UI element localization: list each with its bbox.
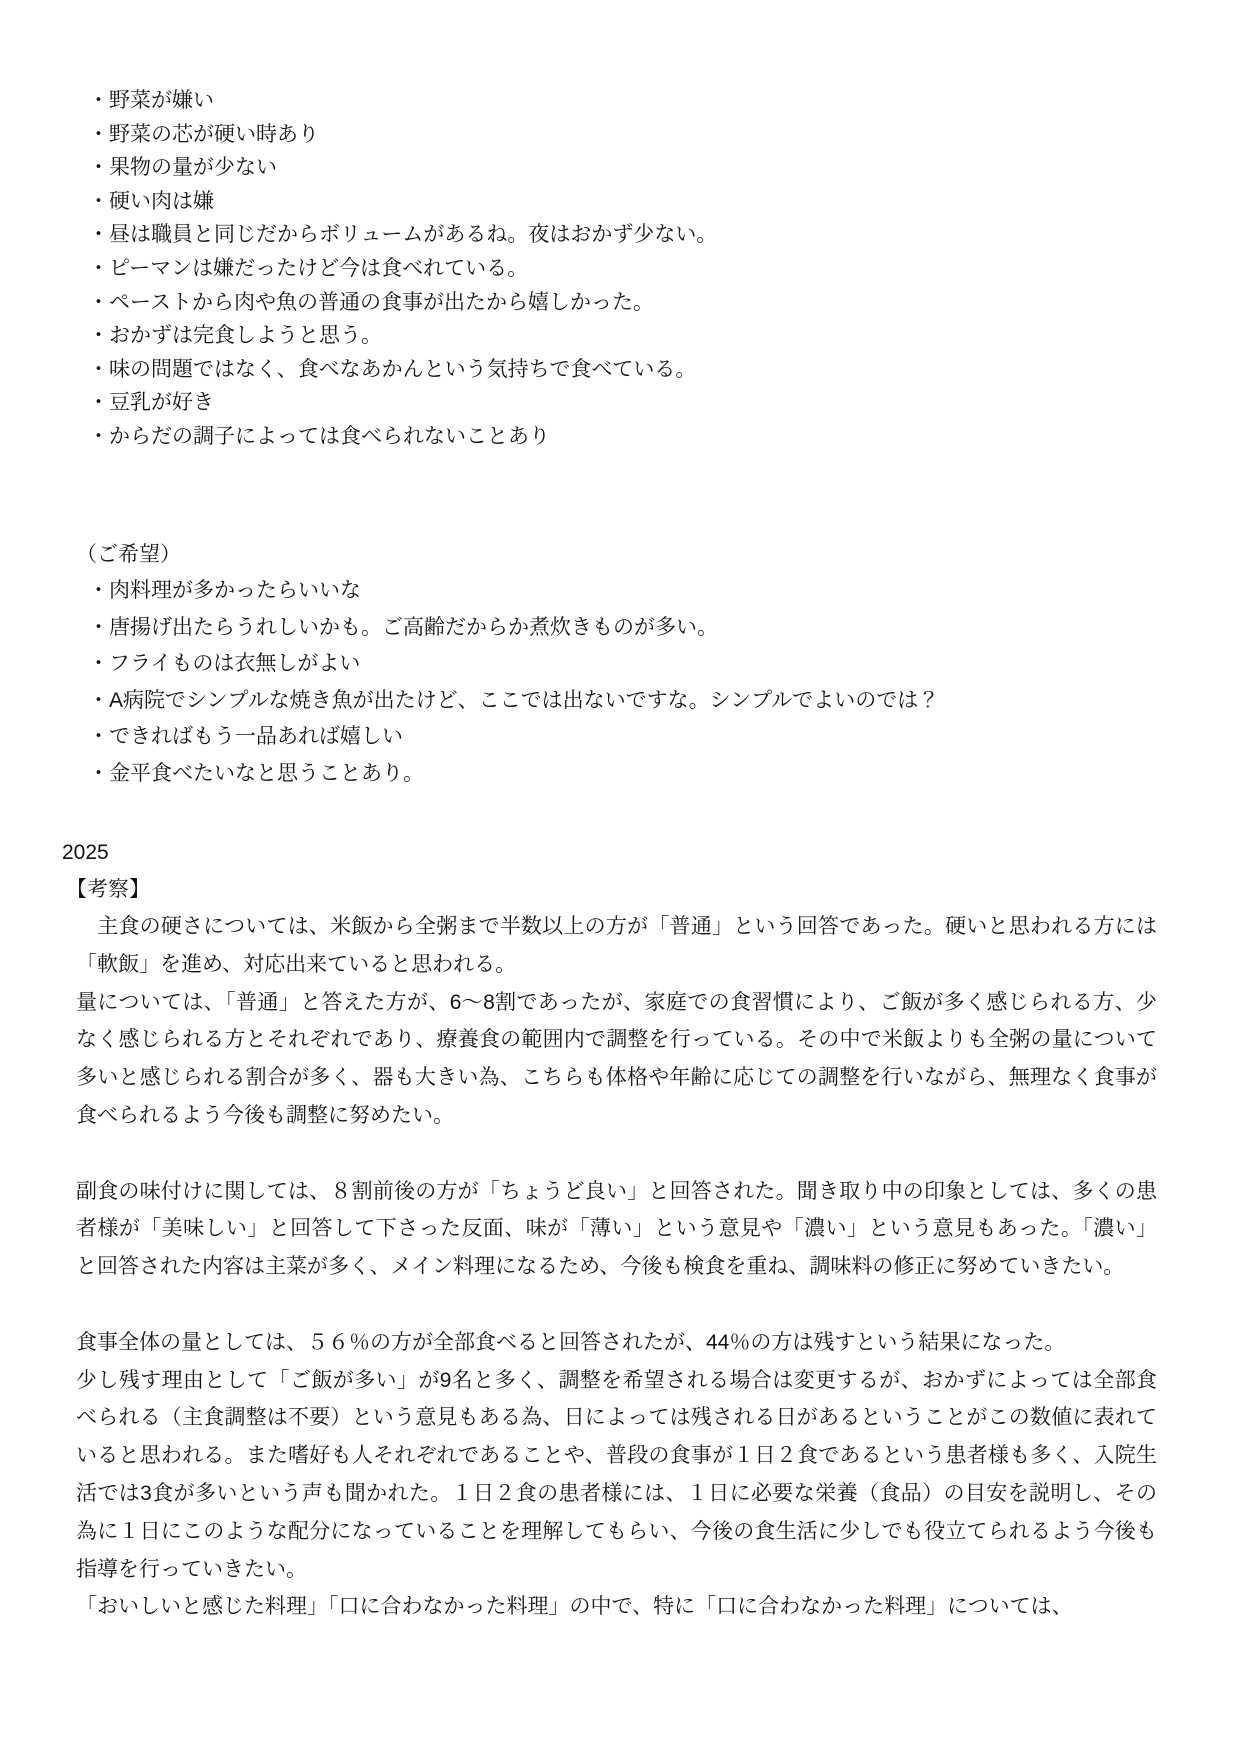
discussion-paragraph: 「おいしいと感じた料理」「口に合わなかった料理」の中で、特に「口に合わなかった料…	[62, 1588, 1157, 1626]
wish-item: ・唐揚げ出たらうれしいかも。ご高齢だからか煮炊きものが多い。	[62, 610, 1157, 647]
wish-item: ・金平食べたいなと思うことあり。	[62, 756, 1157, 793]
opinion-item: ・ペーストから肉や魚の普通の食事が出たから嬉しかった。	[62, 286, 1157, 320]
opinion-item: ・からだの調子によっては食べられないことあり	[62, 420, 1157, 454]
discussion-paragraph: 主食の硬さについては、米飯から全粥まで半数以上の方が「普通」という回答であった。…	[62, 908, 1157, 984]
wish-item: ・肉料理が多かったらいいな	[62, 573, 1157, 610]
opinion-item: ・味の問題ではなく、食べなあかんという気持ちで食べている。	[62, 353, 1157, 387]
opinion-item: ・硬い肉は嫌	[62, 185, 1157, 219]
discussion-header: 【考察】	[62, 871, 1157, 908]
opinion-list: ・野菜が嫌い・野菜の芯が硬い時あり・果物の量が少ない・硬い肉は嫌・昼は職員と同じ…	[62, 84, 1157, 454]
opinion-item: ・豆乳が好き	[62, 386, 1157, 420]
discussion-paragraph: 食事全体の量としては、５６％の方が全部食べると回答されたが、44％の方は残すとい…	[62, 1324, 1157, 1362]
discussion-paragraph	[62, 1135, 1157, 1173]
discussion-paragraph: 量については、「普通」と答えた方が、6～8割であったが、家庭での食習慣により、ご…	[62, 984, 1157, 1135]
wish-item: ・フライものは衣無しがよい	[62, 646, 1157, 683]
discussion-paragraph: 少し残す理由として「ご飯が多い」が9名と多く、調整を希望される場合は変更するが、…	[62, 1362, 1157, 1589]
opinion-item: ・ピーマンは嫌だったけど今は食べれている。	[62, 252, 1157, 286]
year-label: 2025	[62, 834, 1157, 871]
wishes-header: （ご希望）	[62, 537, 1157, 574]
document-page: ・野菜が嫌い・野菜の芯が硬い時あり・果物の量が少ない・硬い肉は嫌・昼は職員と同じ…	[0, 0, 1241, 1755]
discussion-paragraph	[62, 1286, 1157, 1324]
opinion-item: ・果物の量が少ない	[62, 151, 1157, 185]
wish-item: ・できればもう一品あれば嬉しい	[62, 719, 1157, 756]
wish-item: ・A病院でシンプルな焼き魚が出たけど、ここでは出ないですな。シンプルでよいのでは…	[62, 683, 1157, 720]
discussion-paragraph: 副食の味付けに関しては、８割前後の方が「ちょうど良い」と回答された。聞き取り中の…	[62, 1173, 1157, 1286]
opinion-item: ・野菜が嫌い	[62, 84, 1157, 118]
opinion-item: ・昼は職員と同じだからボリュームがあるね。夜はおかず少ない。	[62, 218, 1157, 252]
discussion-body: 主食の硬さについては、米飯から全粥まで半数以上の方が「普通」という回答であった。…	[62, 908, 1157, 1626]
opinion-item: ・野菜の芯が硬い時あり	[62, 118, 1157, 152]
opinion-item: ・おかずは完食しようと思う。	[62, 319, 1157, 353]
wish-list: ・肉料理が多かったらいいな・唐揚げ出たらうれしいかも。ご高齢だからか煮炊きものが…	[62, 573, 1157, 792]
